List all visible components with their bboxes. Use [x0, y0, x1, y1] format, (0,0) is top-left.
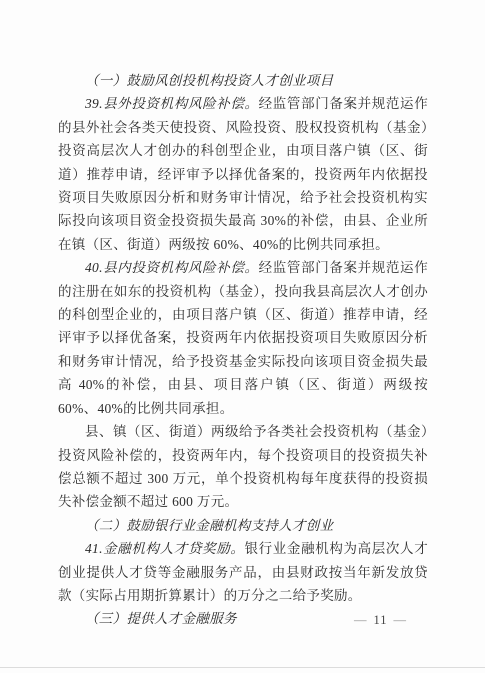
page-number-dash-right: —: [388, 613, 414, 627]
section-heading-1: （一）鼓励风创投机构投资人才创业项目: [58, 69, 428, 92]
paragraph-item-40-text: 经监管部门备案并规范运作的注册在如东的投资机构（基金），投向我县高层次人才创办的…: [58, 260, 428, 415]
paragraph-item-39: 39.县外投资机构风险补偿。经监管部门备案并规范运作的县外社会各类天使投资、风险…: [58, 92, 428, 256]
section-heading-2: （二）鼓励银行业金融机构支持人才创业: [58, 514, 428, 537]
document-body: （一）鼓励风创投机构投资人才创业项目 39.县外投资机构风险补偿。经监管部门备案…: [58, 69, 428, 631]
paragraph-compensation-limits: 县、镇（区、街道）两级给予各类社会投资机构（基金）投资风险补偿的，投资两年内，每…: [58, 420, 428, 514]
paragraph-item-40: 40.县内投资机构风险补偿。经监管部门备案并规范运作的注册在如东的投资机构（基金…: [58, 256, 428, 420]
paragraph-item-39-text: 经监管部门备案并规范运作的县外社会各类天使投资、风险投资、股权投资机构（基金）投…: [58, 96, 428, 251]
paragraph-item-40-lead: 40.县内投资机构风险补偿。: [85, 260, 259, 275]
scan-edge-line: [0, 667, 485, 668]
page-number: —11—: [348, 612, 413, 628]
paragraph-item-39-lead: 39.县外投资机构风险补偿。: [85, 96, 259, 111]
page-number-value: 11: [373, 613, 387, 627]
paragraph-item-41: 41.金融机构人才贷奖励。银行业金融机构为高层次人才创业提供人才贷等金融服务产品…: [58, 537, 428, 607]
document-page: （一）鼓励风创投机构投资人才创业项目 39.县外投资机构风险补偿。经监管部门备案…: [0, 0, 485, 673]
paragraph-item-41-lead: 41.金融机构人才贷奖励。: [85, 541, 245, 556]
page-number-dash-left: —: [348, 613, 374, 627]
